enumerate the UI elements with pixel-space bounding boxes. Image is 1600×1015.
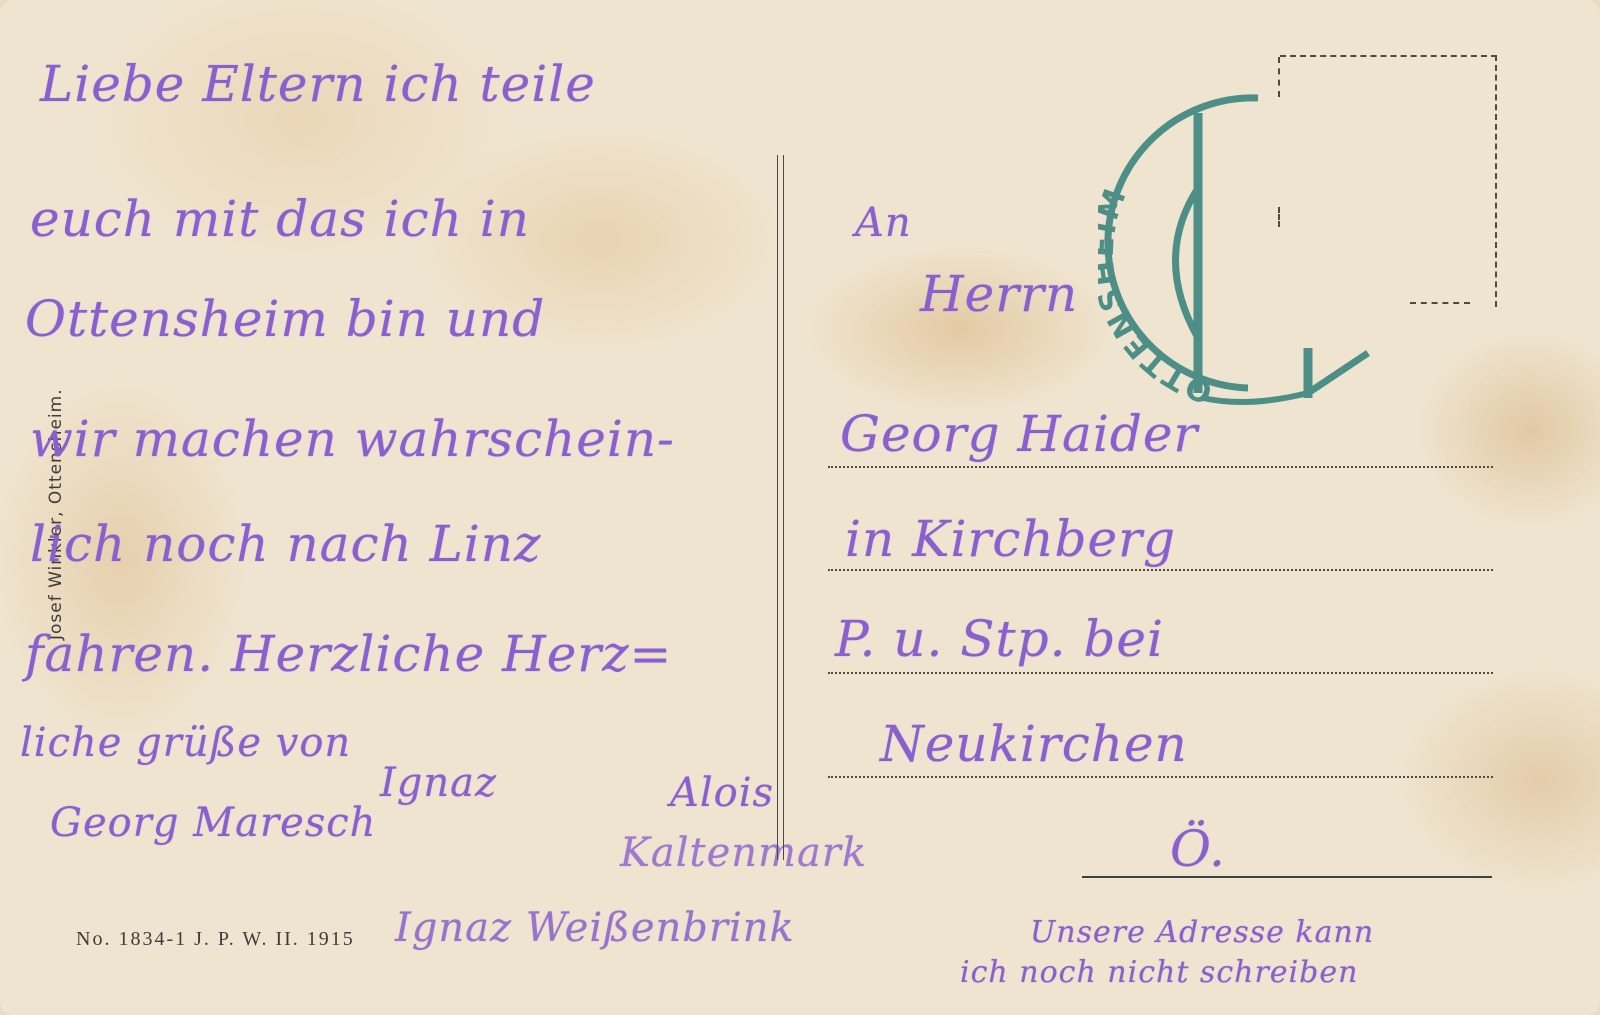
address-solid-line	[1082, 876, 1492, 878]
address-line: Neukirchen	[880, 715, 1188, 773]
address-line: in Kirchberg	[845, 510, 1176, 568]
address-dotted-line	[828, 466, 1493, 468]
message-line: fahren. Herzliche Herz=	[25, 625, 672, 683]
message-line: Liebe Eltern ich teile	[40, 55, 596, 113]
footnote-line: ich noch nicht schreiben	[960, 955, 1358, 990]
address-title: Herrn	[920, 265, 1078, 323]
center-divider	[783, 155, 784, 860]
address-line: Ö.	[1170, 820, 1226, 878]
signature: Ignaz	[380, 760, 497, 806]
signature: Ignaz Weißenbrink	[395, 905, 795, 951]
message-line: Ottensheim bin und	[25, 290, 545, 348]
message-line: euch mit das ich in	[30, 190, 530, 248]
address-dotted-line	[828, 569, 1493, 571]
center-divider	[777, 155, 778, 860]
address-dotted-line	[828, 776, 1493, 778]
signature: Alois	[670, 770, 774, 816]
postmark-icon: OTTENSHEIM	[1098, 88, 1388, 408]
address-dotted-line	[828, 672, 1493, 674]
address-salutation: An	[855, 200, 912, 246]
signature: Kaltenmark	[620, 830, 867, 876]
postcard-back: Josef Winkler, Ottensheim. Liebe Eltern …	[0, 0, 1600, 1015]
message-line: Georg Maresch	[50, 800, 376, 846]
catalog-number: No. 1834-1 J. P. W. II. 1915	[76, 928, 355, 951]
message-line: wir machen wahrschein-	[30, 410, 675, 468]
address-line: Georg Haider	[840, 405, 1198, 463]
footnote-line: Unsere Adresse kann	[1030, 915, 1374, 950]
address-line: P. u. Stp. bei	[835, 610, 1164, 668]
message-line: liche grüße von	[20, 720, 351, 766]
message-line: lich noch nach Linz	[30, 515, 541, 573]
